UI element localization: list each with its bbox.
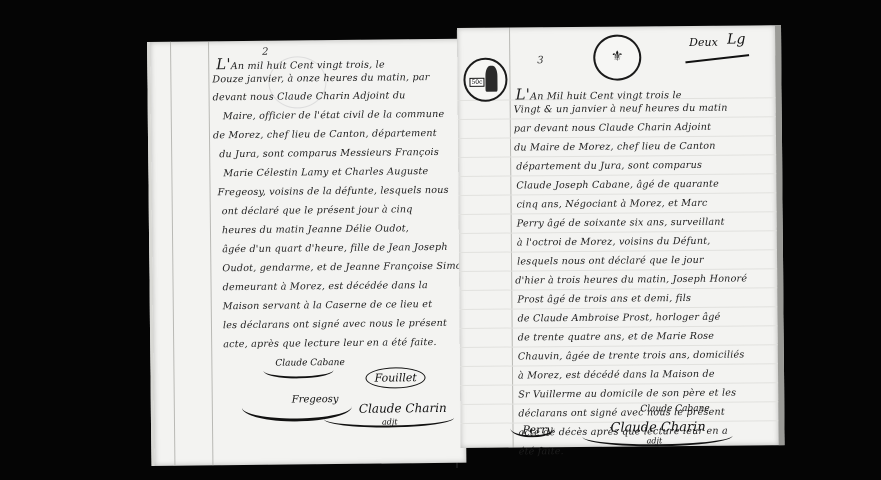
- record-line: par devant nous Claude Charin Adjoint: [514, 122, 711, 135]
- record-line: heures du matin Jeanne Délie Oudot,: [222, 223, 409, 236]
- record-line: les déclarans ont signé avec nous le pré…: [223, 318, 447, 331]
- folio-number: 3: [537, 55, 543, 66]
- record-line: L'An Mil huit Cent vingt trois le: [516, 84, 682, 103]
- record-line: devant nous Claude Charin Adjoint du: [213, 90, 406, 103]
- record-line: de Morez, chef lieu de Canton, départeme…: [213, 128, 437, 141]
- signature-witness-2: Fouillet: [365, 367, 425, 389]
- record-line: du Jura, sont comparus Messieurs Françoi…: [219, 147, 439, 160]
- right-page: 50c ⚜ 3 Deux Lg L'An Mil huit Cent vingt…: [457, 25, 785, 448]
- page-label: Deux: [689, 36, 718, 49]
- left-page: 2 L'An mil huit Cent vingt trois, le Dou…: [147, 39, 466, 466]
- page-label-mark: Lg: [727, 31, 745, 47]
- record-line: Marie Célestin Lamy et Charles Auguste: [223, 166, 428, 179]
- record-line: L'An mil huit Cent vingt trois, le: [216, 54, 385, 74]
- record-line: cinq ans, Négociant à Morez, et Marc: [516, 198, 707, 211]
- record-line: Perry âgé de soixante six ans, surveilla…: [517, 217, 725, 230]
- signature-flourish: [582, 426, 732, 447]
- record-line: Chauvin, âgée de trente trois ans, domic…: [518, 350, 745, 363]
- record-line: d'hier à trois heures du matin, Joseph H…: [515, 273, 747, 286]
- tax-stamp: 50c: [463, 58, 507, 102]
- record-line: Prost âgé de trois ans et demi, fils: [517, 293, 691, 306]
- record-line: Douze janvier, à onze heures du matin, p…: [212, 72, 429, 85]
- royal-seal: ⚜: [593, 34, 641, 80]
- record-line: lesquels nous ont déclaré que le jour: [517, 255, 704, 268]
- signature-witness-1: Claude Cabane: [640, 404, 709, 415]
- signature-flourish: [324, 409, 454, 428]
- record-line: Sr Vuillerme au domicile de son père et …: [518, 388, 736, 401]
- record-line: de trente quatre ans, et de Marie Rose: [518, 331, 715, 344]
- record-line: à Morez, est décédé dans la Maison de: [518, 369, 715, 382]
- record-line: Claude Joseph Cabane, âgé de quarante: [516, 179, 719, 192]
- record-line: demeurant à Morez, est décédée dans la: [223, 280, 428, 293]
- record-line: ont déclaré que le présent jour à cinq: [222, 204, 413, 217]
- fleur-de-lis-icon: ⚜: [611, 50, 624, 65]
- tax-stamp-value: 50c: [469, 78, 484, 87]
- signature-flourish: [263, 362, 333, 379]
- record-line: Maire, officier de l'état civil de la co…: [223, 109, 445, 122]
- record-line: Fregeosy, voisins de la défunte, lesquel…: [218, 185, 449, 198]
- record-line: à l'octroi de Morez, voisins du Défunt,: [517, 236, 711, 249]
- record-line: de Claude Ambroise Prost, horloger âgé: [517, 312, 720, 325]
- record-line: Oudot, gendarme, et de Jeanne Françoise …: [222, 261, 468, 275]
- record-line: du Maire de Morez, chef lieu de Canton: [514, 141, 716, 154]
- record-line: âgée d'un quart d'heure, fille de Jean J…: [222, 242, 448, 255]
- record-line: acte, après que lecture leur en a été fa…: [223, 337, 437, 350]
- left-margin-line: [170, 42, 175, 466]
- text-margin-line: [208, 41, 213, 465]
- allegorical-figure-icon: [485, 66, 497, 92]
- record-line: Maison servant à la Caserne de ce lieu e…: [223, 299, 433, 312]
- record-line: département du Jura, sont comparus: [516, 160, 702, 173]
- record-line: Vingt & un janvier à neuf heures du mati…: [514, 103, 728, 116]
- record-line: été faite.: [519, 446, 564, 457]
- page-label-flourish: [685, 54, 749, 63]
